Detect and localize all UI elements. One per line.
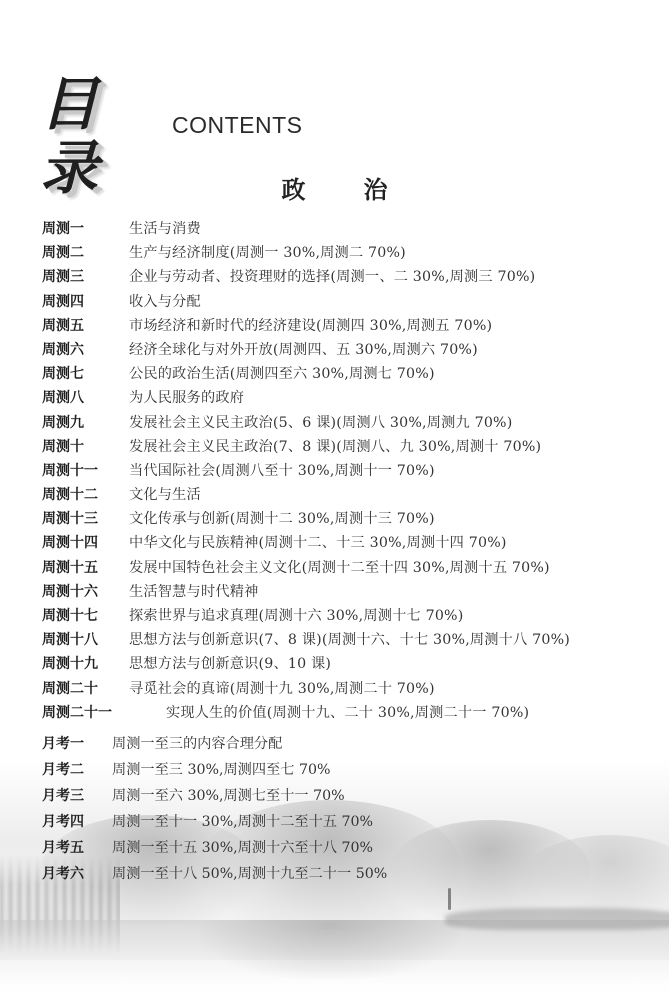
toc-entry[interactable]: 周测四收入与分配: [42, 291, 662, 315]
entry-title: 探索世界与追求真理(周测十六 30%,周测十七 70%): [129, 605, 463, 625]
exam-scope: 周测一至十五 30%,周测十六至十八 70%: [112, 837, 373, 857]
exam-entry[interactable]: 月考二周测一至三 30%,周测四至七 70%: [42, 759, 662, 785]
exam-entry[interactable]: 月考六周测一至十八 50%,周测十九至二十一 50%: [42, 863, 662, 889]
entry-label: 周测十一: [42, 460, 129, 480]
toc-entry[interactable]: 周测七公民的政治生活(周测四至六 30%,周测七 70%): [42, 363, 662, 387]
entry-title: 经济全球化与对外开放(周测四、五 30%,周测六 70%): [129, 339, 478, 359]
entry-title: 思想方法与创新意识(7、8 课)(周测十六、十七 30%,周测十八 70%): [129, 629, 570, 649]
entry-title: 企业与劳动者、投资理财的选择(周测一、二 30%,周测三 70%): [129, 266, 535, 286]
entry-label: 周测八: [42, 387, 129, 407]
exam-label: 月考二: [42, 759, 112, 779]
entry-label: 周测十: [42, 436, 129, 456]
entry-label: 周测二十: [42, 678, 129, 698]
toc-entry[interactable]: 周测二十一实现人生的价值(周测十九、二十 30%,周测二十一 70%): [42, 702, 662, 726]
entry-label: 周测十八: [42, 629, 129, 649]
entry-title: 当代国际社会(周测八至十 30%,周测十一 70%): [129, 460, 435, 480]
entry-title: 文化与生活: [129, 484, 201, 504]
toc-entry[interactable]: 周测十六生活智慧与时代精神: [42, 581, 662, 605]
exam-label: 月考四: [42, 811, 112, 831]
entry-title: 发展中国特色社会主义文化(周测十二至十四 30%,周测十五 70%): [129, 557, 550, 577]
entry-label: 周测二十一: [42, 702, 166, 722]
entry-title: 公民的政治生活(周测四至六 30%,周测七 70%): [129, 363, 435, 383]
entry-title: 实现人生的价值(周测十九、二十 30%,周测二十一 70%): [166, 702, 529, 722]
entry-title: 思想方法与创新意识(9、10 课): [129, 653, 331, 673]
entry-title: 中华文化与民族精神(周测十二、十三 30%,周测十四 70%): [129, 532, 507, 552]
island: [445, 908, 669, 930]
toc-entry[interactable]: 周测八为人民服务的政府: [42, 387, 662, 411]
exam-entry[interactable]: 月考五周测一至十五 30%,周测十六至十八 70%: [42, 837, 662, 863]
exam-label: 月考六: [42, 863, 112, 883]
monthly-exam-list: 月考一周测一至三的内容合理分配 月考二周测一至三 30%,周测四至七 70% 月…: [42, 733, 662, 889]
entry-label: 周测十四: [42, 532, 129, 552]
toc-entry[interactable]: 周测三企业与劳动者、投资理财的选择(周测一、二 30%,周测三 70%): [42, 266, 662, 290]
entry-title: 寻觅社会的真谛(周测十九 30%,周测二十 70%): [129, 678, 435, 698]
fisherman-figure: [448, 888, 451, 910]
toc-entry[interactable]: 周测五市场经济和新时代的经济建设(周测四 30%,周测五 70%): [42, 315, 662, 339]
entry-label: 周测六: [42, 339, 129, 359]
toc-entry[interactable]: 周测十四中华文化与民族精神(周测十二、十三 30%,周测十四 70%): [42, 532, 662, 556]
entry-title: 市场经济和新时代的经济建设(周测四 30%,周测五 70%): [129, 315, 492, 335]
entry-title: 发展社会主义民主政治(5、6 课)(周测八 30%,周测九 70%): [129, 412, 512, 432]
entry-title: 文化传承与创新(周测十二 30%,周测十三 70%): [129, 508, 435, 528]
entry-title: 发展社会主义民主政治(7、8 课)(周测八、九 30%,周测十 70%): [129, 436, 541, 456]
toc-entry[interactable]: 周测十一当代国际社会(周测八至十 30%,周测十一 70%): [42, 460, 662, 484]
exam-label: 月考五: [42, 837, 112, 857]
exam-label: 月考一: [42, 733, 112, 753]
entry-title: 生活智慧与时代精神: [129, 581, 259, 601]
page-title-english: CONTENTS: [172, 112, 303, 139]
toc-entry[interactable]: 周测十八思想方法与创新意识(7、8 课)(周测十六、十七 30%,周测十八 70…: [42, 629, 662, 653]
entry-label: 周测二: [42, 242, 129, 262]
toc-entry[interactable]: 周测十二文化与生活: [42, 484, 662, 508]
toc-entry[interactable]: 周测十九思想方法与创新意识(9、10 课): [42, 653, 662, 677]
entry-label: 周测三: [42, 266, 129, 286]
entry-title: 为人民服务的政府: [129, 387, 244, 407]
bottom-fade: [0, 969, 669, 999]
exam-entry[interactable]: 月考一周测一至三的内容合理分配: [42, 733, 662, 759]
toc-entry[interactable]: 周测六经济全球化与对外开放(周测四、五 30%,周测六 70%): [42, 339, 662, 363]
entry-label: 周测七: [42, 363, 129, 383]
toc-entry[interactable]: 周测一生活与消费: [42, 218, 662, 242]
exam-label: 月考三: [42, 785, 112, 805]
toc-entry[interactable]: 周测十三文化传承与创新(周测十二 30%,周测十三 70%): [42, 508, 662, 532]
exam-scope: 周测一至三 30%,周测四至七 70%: [112, 759, 330, 779]
mountain-reflection: [200, 920, 460, 980]
entry-label: 周测一: [42, 218, 129, 238]
entry-title: 生产与经济制度(周测一 30%,周测二 70%): [129, 242, 406, 262]
entry-label: 周测五: [42, 315, 129, 335]
entry-label: 周测十二: [42, 484, 129, 504]
toc-entry[interactable]: 周测二十寻觅社会的真谛(周测十九 30%,周测二十 70%): [42, 678, 662, 702]
entry-label: 周测十三: [42, 508, 129, 528]
weekly-test-list: 周测一生活与消费 周测二生产与经济制度(周测一 30%,周测二 70%) 周测三…: [42, 218, 662, 726]
toc-entry[interactable]: 周测九发展社会主义民主政治(5、6 课)(周测八 30%,周测九 70%): [42, 412, 662, 436]
toc-entry[interactable]: 周测十七探索世界与追求真理(周测十六 30%,周测十七 70%): [42, 605, 662, 629]
entry-label: 周测十六: [42, 581, 129, 601]
entry-label: 周测九: [42, 412, 129, 432]
toc-entry[interactable]: 周测十发展社会主义民主政治(7、8 课)(周测八、九 30%,周测十 70%): [42, 436, 662, 460]
toc-entry[interactable]: 周测十五发展中国特色社会主义文化(周测十二至十四 30%,周测十五 70%): [42, 557, 662, 581]
exam-scope: 周测一至三的内容合理分配: [112, 733, 282, 753]
entry-title: 生活与消费: [129, 218, 201, 238]
toc-entry[interactable]: 周测二生产与经济制度(周测一 30%,周测二 70%): [42, 242, 662, 266]
entry-label: 周测十七: [42, 605, 129, 625]
entry-label: 周测十九: [42, 653, 129, 673]
lake-water: [0, 920, 669, 999]
subject-heading: 政治: [0, 170, 669, 205]
exam-scope: 周测一至十八 50%,周测十九至二十一 50%: [112, 863, 387, 883]
exam-scope: 周测一至六 30%,周测七至十一 70%: [112, 785, 345, 805]
exam-entry[interactable]: 月考三周测一至六 30%,周测七至十一 70%: [42, 785, 662, 811]
exam-entry[interactable]: 月考四周测一至十一 30%,周测十二至十五 70%: [42, 811, 662, 837]
entry-label: 周测十五: [42, 557, 129, 577]
entry-label: 周测四: [42, 291, 129, 311]
entry-title: 收入与分配: [129, 291, 201, 311]
exam-scope: 周测一至十一 30%,周测十二至十五 70%: [112, 811, 373, 831]
